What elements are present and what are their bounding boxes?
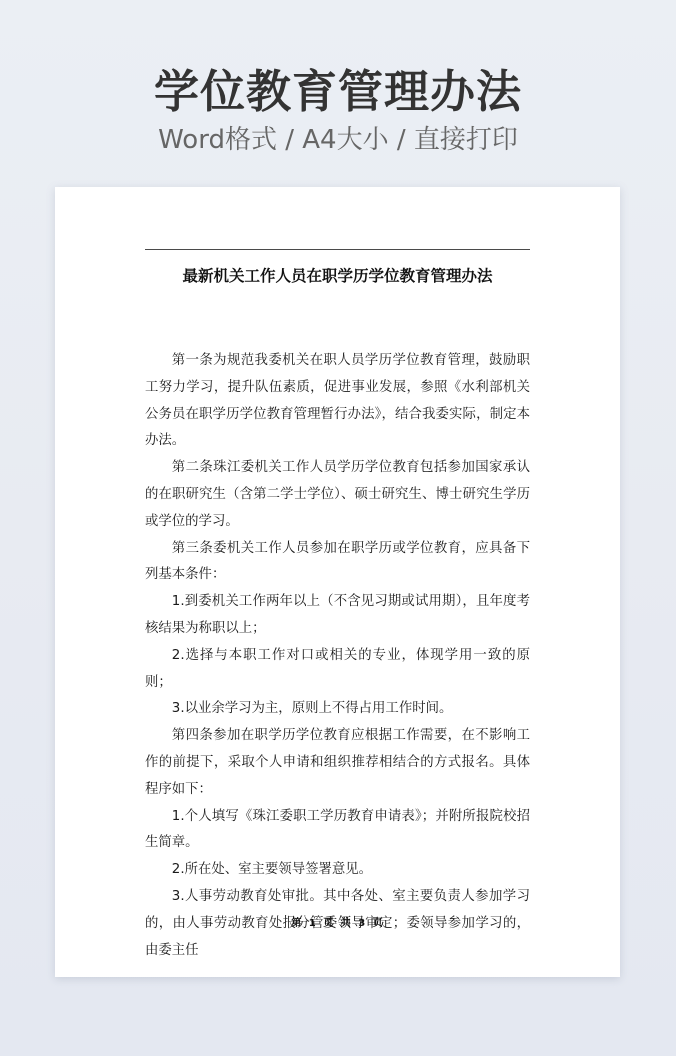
article-3-item-2: 2.选择与本职工作对口或相关的专业，体现学用一致的原则； [145,643,530,697]
hero-banner: 学位教育管理办法 Word格式 / A4大小 / 直接打印 [0,62,676,157]
hero-title: 学位教育管理办法 [0,62,676,122]
article-3-paragraph: 第三条委机关工作人员参加在职学历或学位教育，应具备下列基本条件： [145,536,530,590]
hero-subtitle: Word格式 / A4大小 / 直接打印 [0,123,676,157]
article-4-item-1: 1.个人填写《珠江委职工学历教育申请表》；并附所报院校招生简章。 [145,804,530,858]
page-number-footer: 第 1 页 共 3 页 [55,914,620,929]
article-3-item-1: 1.到委机关工作两年以上（不含见习期或试用期），且年度考核结果为称职以上； [145,589,530,643]
document-title: 最新机关工作人员在职学历学位教育管理办法 [55,265,620,287]
article-2-paragraph: 第二条珠江委机关工作人员学历学位教育包括参加国家承认的在职研究生（含第二学士学位… [145,455,530,535]
header-rule-divider [145,249,530,250]
article-4-item-2: 2.所在处、室主要领导签署意见。 [145,857,530,884]
document-body: 第一条为规范我委机关在职人员学历学位教育管理，鼓励职工努力学习，提升队伍素质，促… [145,348,530,964]
article-3-item-3: 3.以业余学习为主，原则上不得占用工作时间。 [145,696,530,723]
article-1-paragraph: 第一条为规范我委机关在职人员学历学位教育管理，鼓励职工努力学习，提升队伍素质，促… [145,348,530,455]
document-page-preview: 最新机关工作人员在职学历学位教育管理办法 第一条为规范我委机关在职人员学历学位教… [55,187,620,977]
article-4-paragraph: 第四条参加在职学历学位教育应根据工作需要，在不影响工作的前提下，采取个人申请和组… [145,723,530,803]
